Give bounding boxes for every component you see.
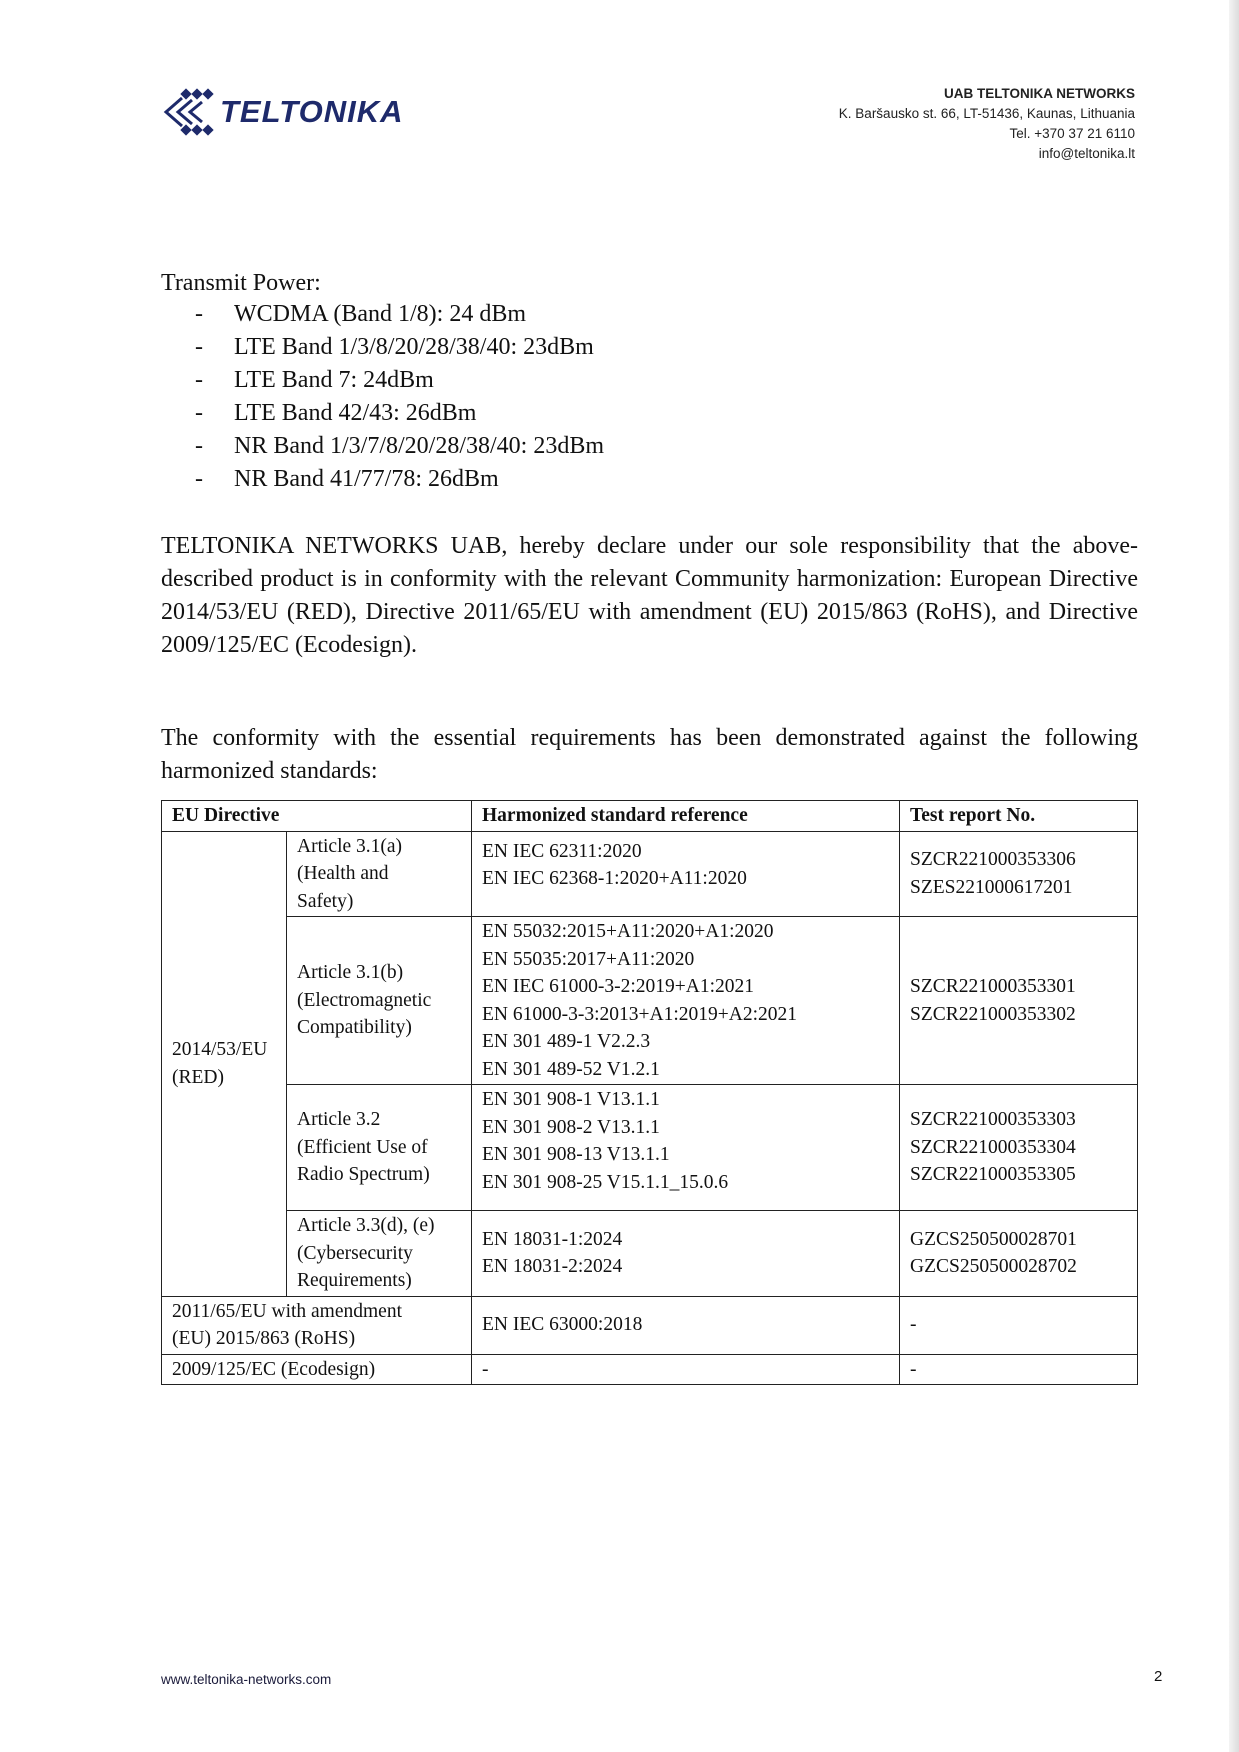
header-standard-reference: Harmonized standard reference (472, 801, 900, 832)
standards-cell: EN 55032:2015+A11:2020+A1:2020 EN 55035:… (472, 917, 900, 1085)
red-directive-cell: 2014/53/EU (RED) (162, 831, 287, 1296)
cell-line: EN IEC 61000-3-2:2019+A1:2021 (482, 973, 889, 1001)
table-row-rohs: 2011/65/EU with amendment (EU) 2015/863 … (162, 1296, 1138, 1354)
reports-cell: SZCR221000353306 SZES221000617201 (900, 831, 1138, 917)
cell-line: SZCR221000353301 (910, 973, 1127, 1001)
article-cell: Article 3.1(b) (Electromagnetic Compatib… (287, 917, 472, 1085)
list-item: LTE Band 7: 24dBm (195, 364, 604, 397)
cell-line: EN IEC 62311:2020 (482, 838, 889, 866)
cell-line: Compatibility) (297, 1014, 461, 1042)
declaration-paragraph: TELTONIKA NETWORKS UAB, hereby declare u… (161, 530, 1138, 662)
page-edge-shadow (1229, 0, 1239, 1752)
company-phone: Tel. +370 37 21 6110 (839, 124, 1135, 144)
teltonika-logo: TELTONIKA (160, 88, 404, 136)
cell-line: SZCR221000353302 (910, 1001, 1127, 1029)
cell-line: Requirements) (297, 1267, 461, 1295)
teltonika-diamond-icon (160, 88, 218, 136)
cell-line: (Electromagnetic (297, 987, 461, 1015)
rohs-report-cell: - (900, 1296, 1138, 1354)
list-item: LTE Band 42/43: 26dBm (195, 397, 604, 430)
cell-line: Article 3.3(d), (e) (297, 1212, 461, 1240)
standards-cell: EN IEC 62311:2020 EN IEC 62368-1:2020+A1… (472, 831, 900, 917)
company-address-block: UAB TELTONIKA NETWORKS K. Baršausko st. … (839, 84, 1135, 164)
cell-line: Article 3.1(a) (297, 833, 461, 861)
cell-line: (Health and (297, 860, 461, 888)
article-cell: Article 3.1(a) (Health and Safety) (287, 831, 472, 917)
ecodesign-standard-cell: - (472, 1354, 900, 1385)
cell-line: EN 61000-3-3:2013+A1:2019+A2:2021 (482, 1001, 889, 1029)
table-row: Article 3.1(b) (Electromagnetic Compatib… (162, 917, 1138, 1085)
reports-cell: SZCR221000353303 SZCR221000353304 SZCR22… (900, 1085, 1138, 1211)
cell-line: EN 18031-2:2024 (482, 1253, 889, 1281)
cell-line: SZCR221000353304 (910, 1134, 1127, 1162)
cell-line: Article 3.2 (297, 1106, 461, 1134)
cell-line: EN 301 908-1 V13.1.1 (482, 1086, 889, 1114)
cell-line: EN 301 908-2 V13.1.1 (482, 1114, 889, 1142)
cell-line: EN 301 489-52 V1.2.1 (482, 1056, 889, 1084)
company-name: UAB TELTONIKA NETWORKS (839, 84, 1135, 104)
cell-line: GZCS250500028701 (910, 1226, 1127, 1254)
reports-cell: GZCS250500028701 GZCS250500028702 (900, 1211, 1138, 1297)
table-row: Article 3.3(d), (e) (Cybersecurity Requi… (162, 1211, 1138, 1297)
cell-line: (Efficient Use of (297, 1134, 461, 1162)
logo-wordmark: TELTONIKA (220, 94, 404, 130)
company-address: K. Baršausko st. 66, LT-51436, Kaunas, L… (839, 104, 1135, 124)
cell-line: 2011/65/EU with amendment (172, 1298, 461, 1326)
standards-cell: EN 301 908-1 V13.1.1 EN 301 908-2 V13.1.… (472, 1085, 900, 1211)
rohs-standard-cell: EN IEC 63000:2018 (472, 1296, 900, 1354)
cell-line: EN 301 489-1 V2.2.3 (482, 1028, 889, 1056)
cell-line: Article 3.1(b) (297, 959, 461, 987)
page-number: 2 (1154, 1668, 1162, 1685)
ecodesign-report-cell: - (900, 1354, 1138, 1385)
standards-cell: EN 18031-1:2024 EN 18031-2:2024 (472, 1211, 900, 1297)
cell-line: SZCR221000353306 (910, 846, 1127, 874)
cell-line: SZCR221000353305 (910, 1161, 1127, 1189)
cell-line: GZCS250500028702 (910, 1253, 1127, 1281)
list-item: LTE Band 1/3/8/20/28/38/40: 23dBm (195, 331, 604, 364)
header-eu-directive: EU Directive (162, 801, 472, 832)
cell-line: (Cybersecurity (297, 1240, 461, 1268)
footer-website-link[interactable]: www.teltonika-networks.com (161, 1672, 331, 1687)
list-item: WCDMA (Band 1/8): 24 dBm (195, 298, 604, 331)
rohs-directive-cell: 2011/65/EU with amendment (EU) 2015/863 … (162, 1296, 472, 1354)
cell-line: EN 18031-1:2024 (482, 1226, 889, 1254)
article-cell: Article 3.3(d), (e) (Cybersecurity Requi… (287, 1211, 472, 1297)
conformity-intro-paragraph: The conformity with the essential requir… (161, 722, 1138, 788)
cell-line: EN 55032:2015+A11:2020+A1:2020 (482, 918, 889, 946)
company-email[interactable]: info@teltonika.lt (839, 144, 1135, 164)
cell-line: Radio Spectrum) (297, 1161, 461, 1189)
list-item: NR Band 1/3/7/8/20/28/38/40: 23dBm (195, 430, 604, 463)
table-header-row: EU Directive Harmonized standard referen… (162, 801, 1138, 832)
ecodesign-directive-cell: 2009/125/EC (Ecodesign) (162, 1354, 472, 1385)
cell-line: EN 301 908-13 V13.1.1 (482, 1141, 889, 1169)
cell-line: EN IEC 62368-1:2020+A11:2020 (482, 865, 889, 893)
harmonized-standards-table: EU Directive Harmonized standard referen… (161, 800, 1138, 1385)
header-test-report: Test report No. (900, 801, 1138, 832)
cell-line: 2014/53/EU (172, 1036, 276, 1064)
table-row: Article 3.2 (Efficient Use of Radio Spec… (162, 1085, 1138, 1211)
cell-line: SZCR221000353303 (910, 1106, 1127, 1134)
cell-line: SZES221000617201 (910, 874, 1127, 902)
cell-line: EN 55035:2017+A11:2020 (482, 946, 889, 974)
list-item: NR Band 41/77/78: 26dBm (195, 463, 604, 496)
cell-line: (RED) (172, 1064, 276, 1092)
reports-cell: SZCR221000353301 SZCR221000353302 (900, 917, 1138, 1085)
table-row-ecodesign: 2009/125/EC (Ecodesign) - - (162, 1354, 1138, 1385)
cell-line: EN 301 908-25 V15.1.1_15.0.6 (482, 1169, 889, 1197)
cell-line: Safety) (297, 888, 461, 916)
transmit-power-title: Transmit Power: (161, 270, 1138, 297)
article-cell: Article 3.2 (Efficient Use of Radio Spec… (287, 1085, 472, 1211)
transmit-power-list: WCDMA (Band 1/8): 24 dBm LTE Band 1/3/8/… (195, 298, 604, 496)
cell-line: (EU) 2015/863 (RoHS) (172, 1325, 461, 1353)
table-row: 2014/53/EU (RED) Article 3.1(a) (Health … (162, 831, 1138, 917)
